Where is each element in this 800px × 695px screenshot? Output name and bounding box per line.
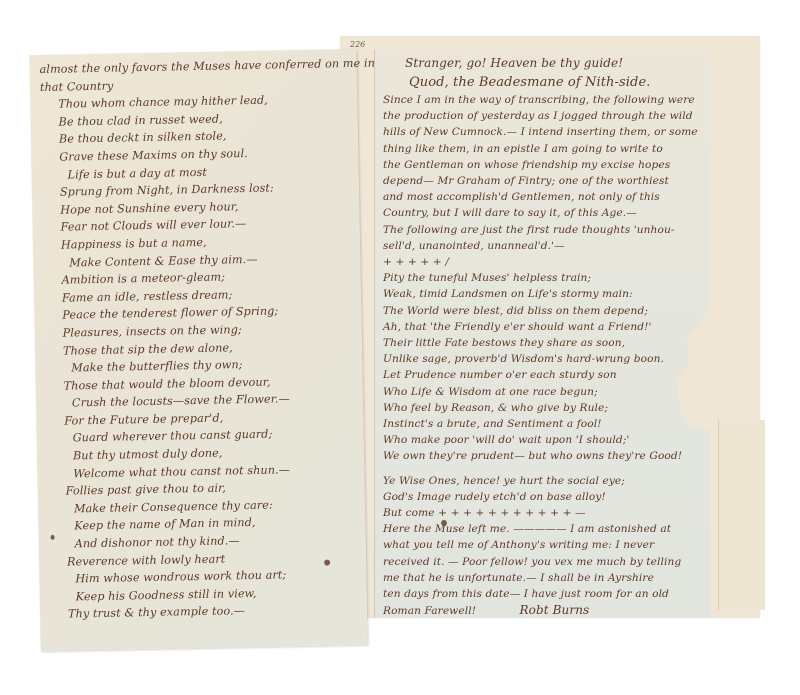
signature: Robt Burns	[520, 602, 590, 618]
prose-line: the Gentleman on whose friendship my exc…	[383, 157, 702, 173]
prose-line: The following are just the first rude th…	[383, 222, 702, 238]
paper-slip	[718, 420, 765, 610]
verse-line: Unlike sage, proverb'd Wisdom's hard-wru…	[383, 351, 702, 367]
farewell-text: Roman Farewell!	[383, 605, 476, 617]
closing-line: me that he is unfortunate.— I shall be i…	[383, 570, 702, 586]
ink-blot	[324, 560, 330, 566]
closing-line: Here the Muse left me. ————— I am astoni…	[383, 521, 702, 537]
separator-marks: + + + + + /	[383, 254, 702, 270]
closing-line: Roman Farewell! Robt Burns	[383, 602, 702, 619]
prose-line: hills of New Cumnock.— I intend insertin…	[383, 124, 702, 140]
prose-line: depend— Mr Graham of Fintry; one of the …	[383, 173, 702, 189]
verse-line: Who make poor 'will do' wait upon 'I sho…	[383, 432, 702, 448]
closing-line: what you tell me of Anthony's writing me…	[383, 537, 702, 553]
closing-line: received it. — Poor fellow! you vex me m…	[383, 554, 702, 570]
ink-blot	[51, 535, 55, 540]
verse-line: The World were blest, did bliss on them …	[383, 303, 702, 319]
heading-line: Quod, the Beadesmane of Nith-side.	[383, 73, 702, 92]
page-number-marking: 226	[350, 40, 365, 49]
closing-line: ten days from this date— I have just roo…	[383, 586, 702, 602]
verse-line: Who Life & Wisdom at one race begun;	[383, 384, 702, 400]
prose-line: Country, but I will dare to say it, of t…	[383, 205, 702, 221]
prose-line: thing like them, in an epistle I am goin…	[383, 141, 702, 157]
left-manuscript-page: almost the only favors the Muses have co…	[29, 49, 367, 651]
verse-line: Instinct's a brute, and Sentiment a fool…	[383, 416, 702, 432]
prose-line: and most accomplish'd Gentlemen, not onl…	[383, 189, 702, 205]
verse-line: We own they're prudent— but who owns the…	[383, 448, 702, 464]
verse-line: Weak, timid Landsmen on Life's stormy ma…	[383, 286, 702, 302]
verse-line: Pity the tuneful Muses' helpless train;	[383, 270, 702, 286]
verse-line: Ye Wise Ones, hence! ye hurt the social …	[383, 473, 702, 489]
prose-line: Since I am in the way of transcribing, t…	[383, 92, 702, 108]
closing-line: But come + + + + + + + + + + + —	[383, 505, 702, 521]
verse-line: Who feel by Reason, & who give by Rule;	[383, 400, 702, 416]
prose-line: the production of yesterday as I jogged …	[383, 108, 702, 124]
heading-line: Stranger, go! Heaven be thy guide!	[383, 54, 702, 73]
verse-line: God's Image rudely etch'd on base alloy!	[383, 489, 702, 505]
ink-blot	[441, 520, 447, 526]
right-manuscript-page: Stranger, go! Heaven be thy guide! Quod,…	[374, 50, 710, 618]
verse-line: Ah, that 'the Friendly e'er should want …	[383, 319, 702, 335]
verse-line: Their little Fate bestows they share as …	[383, 335, 702, 351]
prose-line: sell'd, unanointed, unanneal'd.'—	[383, 238, 702, 254]
verse-line: Let Prudence number o'er each sturdy son	[383, 367, 702, 383]
